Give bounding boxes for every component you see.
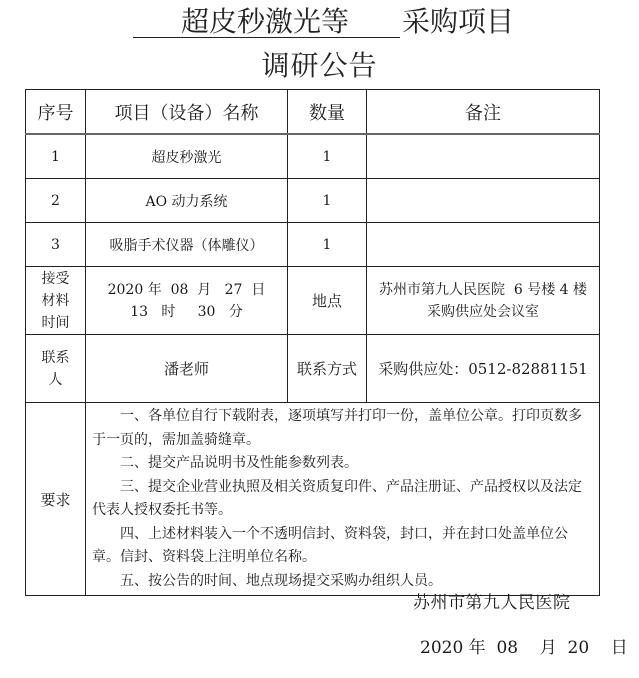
requirements-row: 要求 一、各单位自行下载附表，逐项填写并打印一份，盖单位公章。打印页数多于一页的… [26,403,600,596]
requirement-item: 三、提交企业营业执照及相关资质复印件、产品注册证、产品授权以及法定代表人授权委托… [92,476,595,523]
contact-method-value: 采购供应处：0512-82881151 [367,335,600,403]
document-title: 超皮秒激光等 采购项目 [0,2,639,42]
contact-person-value: 潘老师 [86,335,288,403]
title-suffix: 采购项目 [402,2,514,42]
requirement-item: 二、提交产品说明书及性能参数列表。 [92,452,595,476]
item-no: 3 [26,223,86,267]
item-remark [367,179,600,223]
header-no: 序号 [26,90,86,135]
item-no: 2 [26,179,86,223]
submission-time-row: 接受 材料 时间 2020 年 08 月 27 日 13 时 30 分 地点 苏… [26,267,600,335]
table-row: 2 AO 动力系统 1 [26,179,600,223]
header-name: 项目（设备）名称 [86,90,288,135]
requirement-item: 一、各单位自行下载附表，逐项填写并打印一份，盖单位公章。打印页数多于一页的，需加… [92,405,595,452]
table-row: 1 超皮秒激光 1 [26,134,600,179]
contact-method-label: 联系方式 [288,335,367,403]
table-row: 3 吸脂手术仪器（体雕仪） 1 [26,223,600,267]
document-subtitle: 调研公告 [0,46,639,86]
item-qty: 1 [288,179,367,223]
submission-time-label: 接受 材料 时间 [26,267,86,335]
table-header-row: 序号 项目（设备）名称 数量 备注 [26,90,600,135]
header-remark: 备注 [367,90,600,135]
location-label: 地点 [288,267,367,335]
contact-row: 联系 人 潘老师 联系方式 采购供应处：0512-82881151 [26,335,600,403]
survey-table: 序号 项目（设备）名称 数量 备注 1 超皮秒激光 1 2 AO 动力系统 1 … [25,89,600,596]
header-qty: 数量 [288,90,367,135]
item-qty: 1 [288,223,367,267]
requirements-text: 一、各单位自行下载附表，逐项填写并打印一份，盖单位公章。打印页数多于一页的，需加… [86,403,600,596]
item-remark [367,134,600,179]
issue-date: 2020 年 08 月 20 日 [420,634,628,662]
item-name: 超皮秒激光 [86,134,288,179]
requirement-item: 四、上述材料装入一个不透明信封、资料袋，封口，并在封口处盖单位公章。信封、资料袋… [92,523,595,570]
title-project-name: 超皮秒激光等 [133,2,400,38]
submission-time-value: 2020 年 08 月 27 日 13 时 30 分 [86,267,288,335]
contact-person-label: 联系 人 [26,335,86,403]
item-name: 吸脂手术仪器（体雕仪） [86,223,288,267]
item-name: AO 动力系统 [86,179,288,223]
item-no: 1 [26,134,86,179]
item-remark [367,223,600,267]
item-qty: 1 [288,134,367,179]
location-value: 苏州市第九人民医院 6 号楼 4 楼 采购供应处会议室 [367,267,600,335]
requirements-label: 要求 [26,403,86,596]
issuing-organization: 苏州市第九人民医院 [413,589,571,617]
